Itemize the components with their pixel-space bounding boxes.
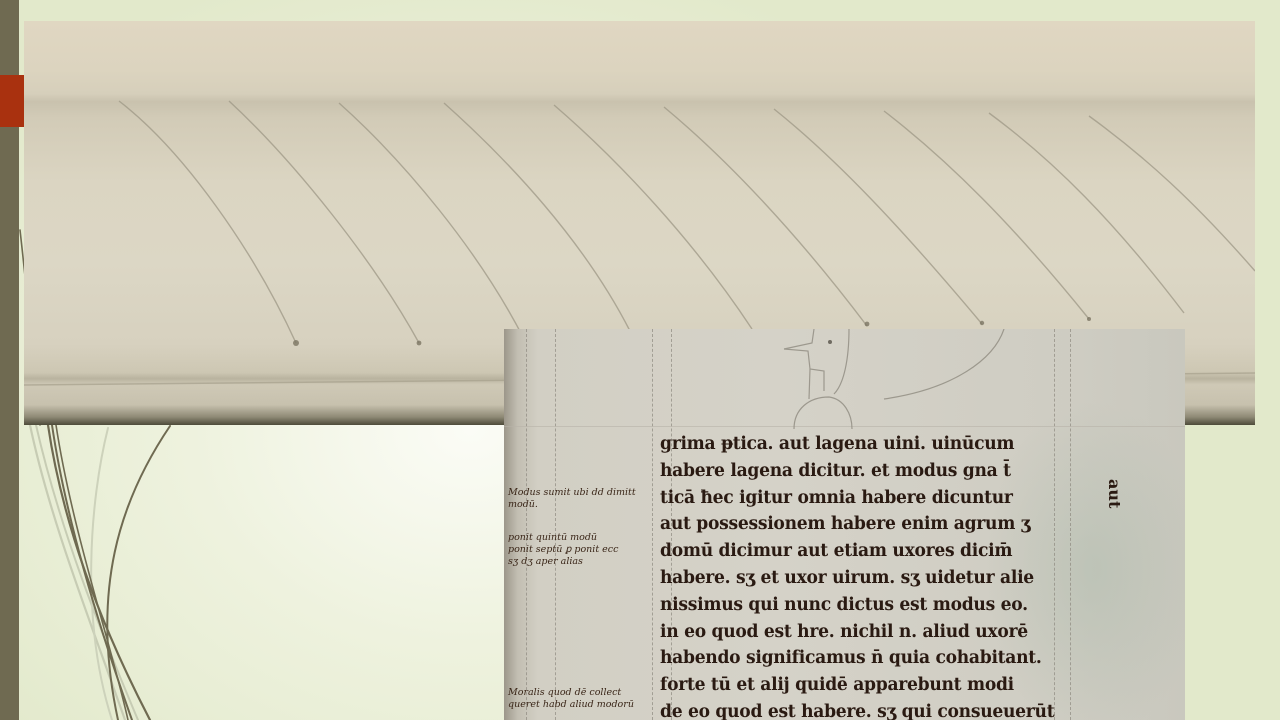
manuscript-line: aut possessionem habere enim agrum ʒ [660,511,1052,538]
ruling-line [526,329,527,720]
manuscript-main-text: grima ᵽtica. aut lagena uini. uinūcum ha… [660,431,1052,720]
marginal-gloss-top: Modus sumit ubi dd dimitt modū. [508,487,658,511]
manuscript-line: habendo significamus n̄ quia cohabitant. [660,645,1052,672]
manuscript-line: grima ᵽtica. aut lagena uini. uinūcum [660,431,1052,458]
manuscript-line: forte tū et alij quidē apparebunt modi [660,672,1052,699]
manuscript-line: nissimus qui nunc dictus est modus eo. [660,592,1052,619]
sketched-figure-drawing [774,329,1134,429]
manuscript-line: ticā ħec igitur omnia habere dicuntur [660,485,1052,512]
left-red-accent [0,75,24,127]
marginal-gloss-middle: ponit quintū modū ponit septū ꝑ ponit ec… [508,532,658,568]
manuscript-line: habere lagena dicitur. et modus gna t̄ [660,458,1052,485]
manuscript-line: de eo quod est habere. sʒ qui consueuerū… [660,699,1052,720]
manuscript-line: habere. sʒ et uxor uirum. sʒ uidetur ali… [660,565,1052,592]
ruling-line [555,329,556,720]
slide: Modus sumit ubi dd dimitt modū. ponit qu… [0,0,1280,720]
marginal-gloss-bottom: Moralis quod dē collect queret habd aliu… [508,687,658,711]
right-marginal-note: aut [1105,479,1124,508]
manuscript-line: in eo quod est hre. nichil n. aliud uxor… [660,619,1052,646]
ruling-line [652,329,653,720]
manuscript-line: domū dicimur aut etiam uxores dicim̄ [660,538,1052,565]
manuscript-page-photo: Modus sumit ubi dd dimitt modū. ponit qu… [504,329,1185,720]
